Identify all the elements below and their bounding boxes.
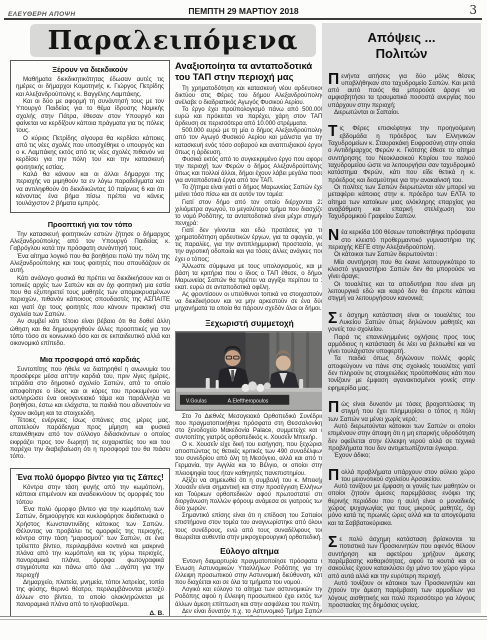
article-paragraph: Ο κ. Χουσεΐν είχε δική του εισήγηση, που… [175,442,324,478]
opinions-column: Απόψεις ... Πολιτών Πενήντα αιτήσεις για… [322,23,481,613]
article-heading: Ξέρουν να διεκδικούν [16,65,164,74]
main-title-banner: Παραλειπόμενα [30,24,316,57]
article-prooptiki: Προοπτική για τον τόπο Την κατασκευή φοι… [10,220,170,348]
article-paragraph: Λογικό και εύλογο το αίτημα των αστυνομι… [175,587,324,608]
article-paragraph: Άλλωστε σύμφωνα με τους υπολογισμούς, κα… [175,264,324,293]
article-paragraph: Συντοπίτης που ήθελε να διατηρηθεί η ανω… [10,366,170,417]
drop-cap: Π [328,402,339,413]
article-prosfora: Μια προσφορά από καρδιάς Συντοπίτης που … [10,355,170,461]
newspaper-page: ΕΛΕΥΘΕΡΗ ΑΠΟΨΗ ΠΕΜΠΤΗ 29 ΜΑΡΤΙΟΥ 2018 3 … [0,0,487,640]
opinion-text: ε πολύ άσχημη κατάσταση βρίσκονται τα πο… [328,536,475,580]
opinion-paragraph: Σε άσχημη κατάσταση είναι οι τουαλέτες τ… [328,312,475,334]
opinion-paragraph: Αυτό διερωτούνται κάτοικοι των Σαπών οι … [328,423,475,452]
opinion-item: Σε άσχημη κατάσταση είναι οι τουαλέτες τ… [328,312,475,392]
article-paragraph: Ας φροντίσουν οι υπεύθυνοι τοπικά να στο… [175,292,324,313]
middle-column: Αναξιοποίητα τα ανταποδοτικά του ΤΑΠ στη… [175,60,324,616]
opinion-text: έα κερκίδα 100 θέσεων τοποθετήθηκε πρόσφ… [328,229,475,251]
article-paragraph: Ένα πολύ όμορφο βίντεο για την κωμόπολη … [16,506,164,579]
opinion-text: ολλά προβλήματα υπάρχουν στον αύλειο χώρ… [341,469,475,483]
article-paragraph: Τη χρηματοδότηση και κατασκευή νέου αρδε… [175,86,324,107]
opinion-text: ενήντα αιτήσεις για δύο μόλις θέσεις υπο… [328,73,475,109]
footer-rule [0,616,487,617]
opinions-heading: Απόψεις ... Πολιτών [328,30,475,63]
article-paragraph: Τέτοιες ενέργειες ίσως σπάνιες στις μέρε… [10,417,170,461]
article-paragraph: Και οι δύο με αφορμή τη συνάντησή τους μ… [16,98,164,135]
article-heading: Μια προσφορά από καρδιάς [10,355,170,364]
photo-label-right: A.Eleftheropoulos [228,398,269,404]
article-paragraph: Σημαντικό επίσης είναι ότι η επίδοση του… [175,513,324,542]
article-paragraph: Καλά θα κάνουν και οι άλλοι δήμαρχοι της… [16,171,164,208]
article-paragraph: Φυσικά εκτός από το συγκεκριμένο έργο πο… [175,157,324,186]
article-paragraph: Δεν είναι δυνατόν π.χ. το Αστυνομικό Τμή… [175,609,324,616]
opinion-item: Πενήντα αιτήσεις για δύο μόλις θέσεις υπ… [328,73,475,117]
article-paragraph: Το έργο έχει προϋπολογισμό πάνω από 500.… [175,107,324,128]
article-heading: Αναξιοποίητα τα ανταποδοτικά του ΤΑΠ στη… [175,60,324,83]
opinion-paragraph: Μία συντήρηση που θα έκανε λειτουργικότε… [328,259,475,281]
opinion-paragraph: Σε πολύ άσχημη κατάσταση βρίσκονται τα π… [328,536,475,580]
drop-cap: Τ [328,126,337,137]
article-paragraph: Αν συμβεί κάτι τέτοιο είναι βέβαιο ότι θ… [10,318,170,347]
drop-cap: Σ [328,313,337,324]
opinion-paragraph: Πώς είναι δυνατόν με τόσες βροχοπτώσεις … [328,401,475,423]
article-paragraph: Γιατί στον δήμο από τον οποίο διέρχονται… [175,200,324,229]
opinion-paragraph: Νέα κερκίδα 100 θέσεων τοποθετήθηκε πρόσ… [328,229,475,251]
article-heading: Εύλογο αίτημα [175,546,324,556]
article-paragraph: 500.000 ευρώ με τη μία ο δήμος Αλεξανδρο… [175,128,324,157]
opinion-paragraph: Πολλά προβλήματα υπάρχουν στον αύλειο χώ… [328,469,475,484]
opinion-paragraph: Οι πολίτες των Σαπών διερωτώνται εάν μπο… [328,184,475,221]
page-date: ΠΕΜΠΤΗ 29 ΜΑΡΤΙΟΥ 2018 [0,6,487,16]
opinion-item: Σε πολύ άσχημη κατάσταση βρίσκονται τα π… [328,536,475,609]
opinion-text: ε άσχημη κατάσταση είναι οι τουαλέτες το… [328,312,475,334]
opinion-paragraph: Διερωτώνται οι Σαπαίοι. [328,109,475,116]
opinions-heading-line1: Απόψεις ... [367,30,435,45]
opinion-paragraph: Πενήντα αιτήσεις για δύο μόλις θέσεις υπ… [328,73,475,110]
header-rule [4,18,482,20]
article-paragraph: Δημαρχείο, πλατεία, μνημεία, τόποι λατρε… [16,579,164,608]
opinion-paragraph: Αυτό τονίζουν με έμφαση οι γονείς των μα… [328,483,475,527]
article-heading: Προοπτική για τον τόπο [10,220,170,229]
conference-photo: V.Goulas A.Eleftheropoulos [175,331,324,411]
article-paragraph: Έντονη διαμαρτυρία πραγματοποίησε πρόσφα… [175,559,324,588]
opinion-paragraph: Παρά τις επανειλημμένες οχλήσεις προς το… [328,334,475,356]
opinion-paragraph: Τα παιδιά όπως δηλώνουν πολλές φορές απο… [328,355,475,392]
opinion-paragraph: Αυτό τονίζουν οι κάτοικοι των Προσκυνητώ… [328,580,475,609]
opinion-text: ώς είναι δυνατόν με τόσες βροχοπτώσεις τ… [328,401,475,423]
article-paragraph: Το ζήτημα είναι γιατί ο δήμος Μαρωνείας … [175,185,324,199]
article-paragraph: Την κατασκευή φοιτητικών εστιών ζήτησε ο… [10,231,170,253]
article-paragraph: Μαθήματα διεκδικητικότητας έδωσαν αυτές … [16,76,164,98]
drop-cap: Ν [328,230,339,241]
article-paragraph: Ο κύριος Πετρίδης σίγουρα θα κερδίσει κά… [16,135,164,172]
footer-rule [0,619,487,620]
article-heading: Ένα πολύ όμορφο βίντεο για τις Σάπες! [16,473,164,482]
opinion-paragraph: Έχουν άδικο; [328,452,475,459]
article-box-diekdikoun: Ξέρουν να διεκδικούν Μαθήματα διεκδικητι… [10,60,170,213]
opinions-heading-line2: Πολιτών [376,46,428,61]
article-box-video: Ένα πολύ όμορφο βίντεο για τις Σάπες! Κό… [10,468,170,616]
drop-cap: Π [328,74,339,85]
article-paragraph: Αξίζει να σημειωθεί ότι η συμβολή του κ.… [175,478,324,514]
drop-cap: Π [328,470,339,481]
opinion-paragraph: Οι τουαλέτες και τα αποδυτήρια που είναι… [328,281,475,303]
opinion-item: Νέα κερκίδα 100 θέσεων τοποθετήθηκε πρόσ… [328,229,475,302]
article-paragraph: Κόντρα στην τάση φυγής από την κωμόπολη,… [16,484,164,506]
opinion-item: Πώς είναι δυνατόν με τόσες βροχοπτώσεις … [328,401,475,460]
opinion-paragraph: Τις Φέρες επισκέφτηκε την προηγούμενη εβ… [328,125,475,184]
drop-cap: Σ [328,537,337,548]
opinion-text: ις Φέρες επισκέφτηκε την προηγούμενη εβδ… [328,125,475,183]
article-paragraph: Ένα αίτημα λογικό που θα βοηθήσει πολύ τ… [10,253,170,275]
article-heading: Ξεχωριστή συμμετοχή [175,318,324,328]
photo-label-left: V.Goulas [186,398,207,404]
article-paragraph: Γιατί δεν γίνονται και εδώ προτάσεις για… [175,228,324,264]
article-paragraph: Στο 7ο Διεθνές Μεσογειακό Ορθοπεδικό Συν… [175,414,324,443]
left-column: Ξέρουν να διεκδικούν Μαθήματα διεκδικητι… [10,60,170,616]
opinion-paragraph: Οι κάτοικοι των Σαπών διερωτούνται : [328,251,475,258]
article-paragraph: Κάτι ανάλογο φυσικά θα πρέπει να διεκδικ… [10,275,170,319]
opinion-item: Τις Φέρες επισκέφτηκε την προηγούμενη εβ… [328,125,475,220]
page-number: 3 [469,3,477,17]
opinion-item: Πολλά προβλήματα υπάρχουν στον αύλειο χώ… [328,469,475,528]
main-title: Παραλειπόμενα [48,26,299,56]
